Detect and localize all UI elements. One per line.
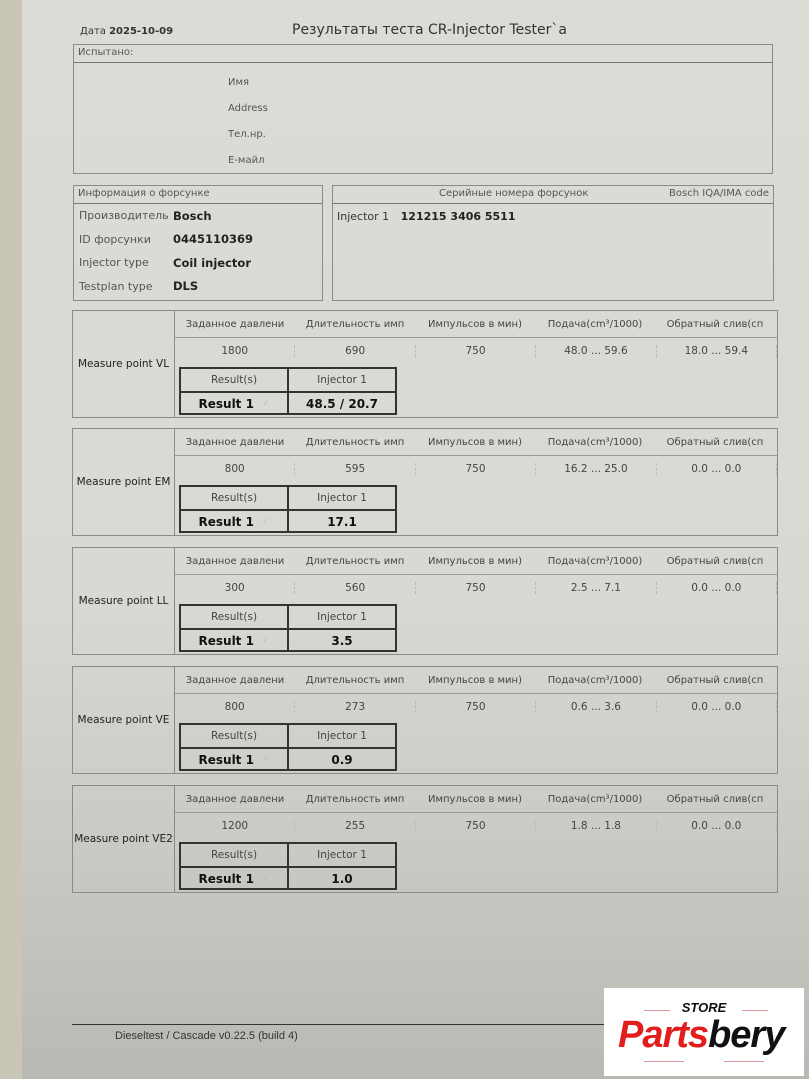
- measure-point-block: Measure point EM Заданное давлениДлитель…: [72, 428, 778, 536]
- parameter-value: 1800: [175, 345, 295, 357]
- result-label: Result 1: [199, 753, 254, 767]
- measure-point-block: Measure point LL Заданное давлениДлитель…: [72, 547, 778, 655]
- logo-decor-line: [644, 1061, 684, 1062]
- column-header: Подача(cm³/1000): [535, 794, 655, 805]
- parameter-value: 0.0 ... 0.0: [657, 582, 777, 594]
- result-row: Result 1✓ 48.5 / 20.7: [181, 391, 395, 415]
- serial-injector-label: Injector 1: [337, 210, 389, 223]
- result-header-row: Result(s) Injector 1: [181, 606, 395, 628]
- measure-point-name: Measure point EM: [73, 429, 175, 535]
- parameter-value: 1.8 ... 1.8: [536, 820, 656, 832]
- info-label: Injector type: [79, 256, 173, 269]
- parameter-value: 0.6 ... 3.6: [536, 701, 656, 713]
- check-icon: ✓: [262, 755, 270, 765]
- measure-point-name: Measure point VE: [73, 667, 175, 773]
- logo-decor-line: [724, 1061, 764, 1062]
- result-row-label: Result 1✓: [181, 749, 289, 771]
- logo-brand: Partsbery: [618, 1014, 784, 1057]
- parameter-header-row: Заданное давлениДлительность импИмпульсо…: [175, 429, 777, 456]
- column-header: Заданное давлени: [175, 319, 295, 330]
- column-header: Заданное давлени: [175, 437, 295, 448]
- column-header: Длительность имп: [295, 794, 415, 805]
- column-header: Импульсов в мин): [415, 319, 535, 330]
- parameter-value: 0.0 ... 0.0: [657, 820, 777, 832]
- result-header-row: Result(s) Injector 1: [181, 725, 395, 747]
- parameter-value: 16.2 ... 25.0: [536, 463, 656, 475]
- parameter-header-row: Заданное давлениДлительность импИмпульсо…: [175, 786, 777, 813]
- logo-store-text: STORE: [604, 1000, 804, 1015]
- serial-numbers-section: Серийные номера форсунок Bosch IQA/IMA c…: [332, 185, 774, 301]
- logo-brand-red: Parts: [618, 1014, 708, 1056]
- parameter-table: Заданное давлениДлительность импИмпульсо…: [175, 311, 777, 367]
- report-title: Результаты теста CR-Injector Tester`a: [292, 22, 567, 38]
- parameter-value: 1200: [175, 820, 295, 832]
- info-row-injector-id: ID форсунки 0445110369: [74, 228, 322, 252]
- check-icon: ✓: [262, 517, 270, 527]
- column-header: Длительность имп: [295, 675, 415, 686]
- parameter-value: 750: [416, 701, 536, 713]
- result-header-row: Result(s) Injector 1: [181, 487, 395, 509]
- column-header: Обратный слив(cп: [655, 675, 775, 686]
- date-value: 2025-10-09: [109, 26, 173, 37]
- column-header: Подача(cm³/1000): [535, 437, 655, 448]
- result-row: Result 1✓ 17.1: [181, 509, 395, 533]
- injector-column-header: Injector 1: [289, 844, 395, 866]
- column-header: Заданное давлени: [175, 556, 295, 567]
- parameter-table: Заданное давлениДлительность импИмпульсо…: [175, 548, 777, 604]
- result-value: 3.5: [289, 630, 395, 652]
- result-label: Result 1: [199, 872, 254, 886]
- parameter-value: 750: [416, 463, 536, 475]
- measure-point-name: Measure point VL: [73, 311, 175, 417]
- result-row: Result 1✓ 1.0: [181, 866, 395, 890]
- serial-heading-row: Серийные номера форсунок Bosch IQA/IMA c…: [333, 186, 773, 204]
- column-header: Обратный слив(cп: [655, 319, 775, 330]
- result-row: Result 1✓ 0.9: [181, 747, 395, 771]
- tested-heading: Испытано:: [74, 45, 772, 63]
- injector-column-header: Injector 1: [289, 487, 395, 509]
- parameter-value: 0.0 ... 0.0: [657, 701, 777, 713]
- software-version: Dieseltest / Cascade v0.22.5 (build 4): [115, 1030, 298, 1042]
- result-row-label: Result 1✓: [181, 511, 289, 533]
- result-header-row: Result(s) Injector 1: [181, 844, 395, 866]
- result-header-row: Result(s) Injector 1: [181, 369, 395, 391]
- result-row-label: Result 1✓: [181, 393, 289, 415]
- footer-divider: [72, 1024, 632, 1025]
- info-label: Производитель: [79, 209, 173, 222]
- info-row-manufacturer: Производитель Bosch: [74, 204, 322, 228]
- parameter-header-row: Заданное давлениДлительность импИмпульсо…: [175, 548, 777, 575]
- parameter-value: 18.0 ... 59.4: [657, 345, 777, 357]
- parameter-header-row: Заданное давлениДлительность импИмпульсо…: [175, 667, 777, 694]
- result-table: Result(s) Injector 1 Result 1✓ 48.5 / 20…: [179, 367, 397, 415]
- result-value: 48.5 / 20.7: [289, 393, 395, 415]
- results-column-header: Result(s): [181, 606, 289, 628]
- results-column-header: Result(s): [181, 487, 289, 509]
- parameter-value-row: 80059575016.2 ... 25.00.0 ... 0.0: [175, 456, 777, 482]
- parameter-value: 560: [295, 582, 415, 594]
- measure-point-block: Measure point VE Заданное давлениДлитель…: [72, 666, 778, 774]
- serial-heading: Серийные номера форсунок: [439, 188, 588, 201]
- info-value: Bosch: [173, 209, 212, 223]
- column-header: Импульсов в мин): [415, 437, 535, 448]
- parameter-value-row: 180069075048.0 ... 59.618.0 ... 59.4: [175, 338, 777, 364]
- result-row-label: Result 1✓: [181, 868, 289, 890]
- column-header: Импульсов в мин): [415, 556, 535, 567]
- column-header: Заданное давлени: [175, 675, 295, 686]
- column-header: Импульсов в мин): [415, 794, 535, 805]
- parameter-value: 2.5 ... 7.1: [536, 582, 656, 594]
- logo-decor-line: [742, 1010, 768, 1011]
- result-label: Result 1: [199, 515, 254, 529]
- result-value: 1.0: [289, 868, 395, 890]
- measure-point-block: Measure point VL Заданное давлениДлитель…: [72, 310, 778, 418]
- field-phone: Тел.нр.: [228, 129, 266, 140]
- result-value: 0.9: [289, 749, 395, 771]
- check-icon: ✓: [262, 636, 270, 646]
- parameter-value: 800: [175, 701, 295, 713]
- parameter-value: 48.0 ... 59.6: [536, 345, 656, 357]
- result-row-label: Result 1✓: [181, 630, 289, 652]
- check-icon: ✓: [262, 399, 270, 409]
- column-header: Длительность имп: [295, 319, 415, 330]
- info-value: Coil injector: [173, 256, 251, 270]
- parameter-value: 750: [416, 582, 536, 594]
- result-row: Result 1✓ 3.5: [181, 628, 395, 652]
- results-column-header: Result(s): [181, 844, 289, 866]
- parameter-value: 300: [175, 582, 295, 594]
- results-column-header: Result(s): [181, 369, 289, 391]
- column-header: Обратный слив(cп: [655, 794, 775, 805]
- field-email: E-майл: [228, 155, 265, 166]
- result-value: 17.1: [289, 511, 395, 533]
- parameter-header-row: Заданное давлениДлительность импИмпульсо…: [175, 311, 777, 338]
- parameter-table: Заданное давлениДлительность импИмпульсо…: [175, 429, 777, 485]
- column-header: Заданное давлени: [175, 794, 295, 805]
- column-header: Подача(cm³/1000): [535, 675, 655, 686]
- info-label: ID форсунки: [79, 233, 173, 246]
- parameter-value: 0.0 ... 0.0: [657, 463, 777, 475]
- column-header: Подача(cm³/1000): [535, 556, 655, 567]
- parameter-value: 690: [295, 345, 415, 357]
- parameter-value-row: 12002557501.8 ... 1.80.0 ... 0.0: [175, 813, 777, 839]
- serial-number: 121215 3406 5511: [401, 210, 516, 223]
- injector-info-heading: Информация о форсунке: [74, 186, 322, 204]
- check-icon: ✓: [262, 874, 270, 884]
- injector-column-header: Injector 1: [289, 369, 395, 391]
- measure-point-block: Measure point VE2 Заданное давлениДлител…: [72, 785, 778, 893]
- logo-brand-black: bery: [708, 1014, 784, 1056]
- measure-point-name: Measure point LL: [73, 548, 175, 654]
- parameter-value: 255: [295, 820, 415, 832]
- field-address: Address: [228, 103, 268, 114]
- column-header: Обратный слив(cп: [655, 556, 775, 567]
- parameter-value-row: 8002737500.6 ... 3.60.0 ... 0.0: [175, 694, 777, 720]
- parameter-value: 750: [416, 820, 536, 832]
- parameter-value: 273: [295, 701, 415, 713]
- results-column-header: Result(s): [181, 725, 289, 747]
- report-date: Дата 2025-10-09: [80, 26, 173, 37]
- column-header: Длительность имп: [295, 437, 415, 448]
- info-value: 0445110369: [173, 232, 253, 246]
- parameter-table: Заданное давлениДлительность импИмпульсо…: [175, 786, 777, 842]
- field-name: Имя: [228, 77, 249, 88]
- date-label: Дата: [80, 26, 106, 37]
- parameter-value: 595: [295, 463, 415, 475]
- parameter-value-row: 3005607502.5 ... 7.10.0 ... 0.0: [175, 575, 777, 601]
- result-label: Result 1: [199, 397, 254, 411]
- serial-row: Injector 1 121215 3406 5511: [333, 204, 773, 229]
- info-label: Testplan type: [79, 280, 173, 293]
- result-table: Result(s) Injector 1 Result 1✓ 1.0: [179, 842, 397, 890]
- measure-point-name: Measure point VE2: [73, 786, 175, 892]
- column-header: Длительность имп: [295, 556, 415, 567]
- injector-column-header: Injector 1: [289, 725, 395, 747]
- info-row-injector-type: Injector type Coil injector: [74, 251, 322, 275]
- iqa-code-heading: Bosch IQA/IMA code: [669, 188, 769, 201]
- column-header: Импульсов в мин): [415, 675, 535, 686]
- tested-by-section: Испытано: Имя Address Тел.нр. E-майл: [73, 44, 773, 174]
- injector-info-section: Информация о форсунке Производитель Bosc…: [73, 185, 323, 301]
- result-table: Result(s) Injector 1 Result 1✓ 3.5: [179, 604, 397, 652]
- column-header: Обратный слив(cп: [655, 437, 775, 448]
- column-header: Подача(cm³/1000): [535, 319, 655, 330]
- info-value: DLS: [173, 279, 198, 293]
- watermark-logo: STORE Partsbery: [604, 988, 804, 1076]
- result-label: Result 1: [199, 634, 254, 648]
- injector-column-header: Injector 1: [289, 606, 395, 628]
- parameter-table: Заданное давлениДлительность импИмпульсо…: [175, 667, 777, 723]
- result-table: Result(s) Injector 1 Result 1✓ 0.9: [179, 723, 397, 771]
- parameter-value: 800: [175, 463, 295, 475]
- result-table: Result(s) Injector 1 Result 1✓ 17.1: [179, 485, 397, 533]
- info-row-testplan-type: Testplan type DLS: [74, 275, 322, 299]
- parameter-value: 750: [416, 345, 536, 357]
